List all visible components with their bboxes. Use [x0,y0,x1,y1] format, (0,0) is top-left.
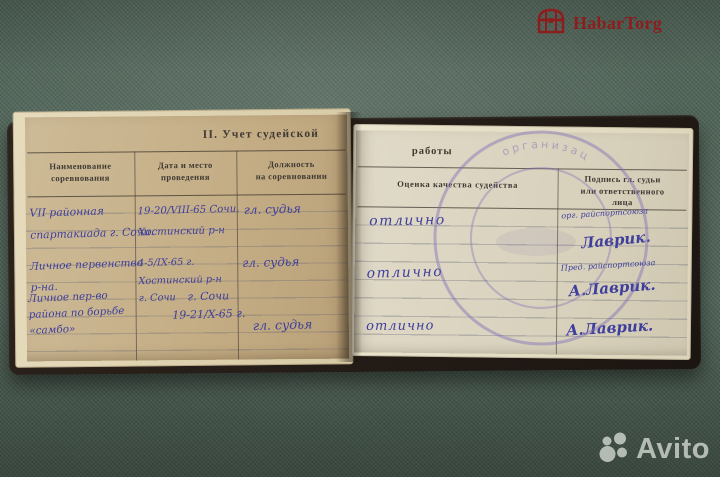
grade-entry: отлично [366,318,434,333]
table-top-border [358,166,687,170]
left-section-title: II. Учет судейской [25,128,319,143]
right-col-header-1: Оценка качества судейства [362,178,554,192]
left-col-header-2: Дата и место проведения [134,160,236,184]
grade-entry: отлично [369,212,446,229]
left-page: II. Учет судейской Наименование соревнов… [25,115,349,362]
right-page: работы Оценка качества судейства Подпись… [354,130,689,355]
photo-scene: HabarTorg II. Учет судейской Наименовани… [0,0,720,477]
habartorg-watermark: HabarTorg [536,7,662,40]
entry-date-place: 19-20/VIII-65 Сочи. Хостинский р-н [137,199,240,244]
entry-position: гл. судья [253,316,313,333]
right-col-header-2: Подпись гл. судьи или ответственного лиц… [558,173,686,209]
treasure-chest-icon [536,7,566,40]
avito-wordmark: Avito [636,433,710,466]
table-top-border [27,150,345,154]
right-section-title: работы [412,146,453,157]
entry-competition-name: Личное пер-во района по борьбе «самбо» [28,287,126,340]
entry-competition-name: VII районная спартакиада г. Сочи. [29,199,154,246]
left-col-header-3: Должность на соревновании [236,159,346,183]
entry-date-place: г. Сочи 19-21/X-65 г. [152,286,265,324]
grade-entry: отлично [366,264,443,282]
habartorg-wordmark: HabarTorg [573,13,662,34]
entry-position: гл. судья [244,202,301,217]
left-col-header-1: Наименование соревнования [27,160,133,184]
avito-watermark: Avito [598,431,710,468]
avito-dots-icon [598,431,630,468]
entry-position: гл. судья [242,255,299,270]
